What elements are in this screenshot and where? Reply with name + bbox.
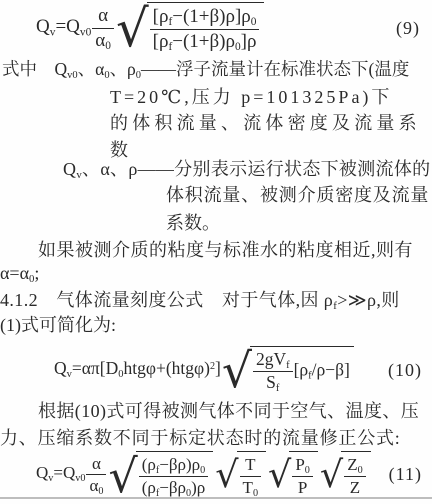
equation-11-row: Qv=Qv0αα0√(ρf−βρ)ρ0(ρf−βρ0)ρ√TT0√P0P√Z0Z… (0, 451, 432, 498)
equation-10: Qv=απ[D0htgφ+(htgφ)2]√2gVfSf[ρf/ρ−β] (54, 346, 355, 394)
correction-paragraph-line1: 根据(10)式可得被测气体不同于空气、温度、压 (38, 400, 419, 423)
where-clause-term2-line2: 体积流量、被测介质密度及流量 (166, 184, 429, 207)
where-clause-term1-line1: 式中 Qv0、α0、ρ0——浮子流量计在标准状态下(温度 (2, 59, 409, 81)
equation-10-number: (10) (388, 360, 422, 381)
document-page: Qv=Qv0αα0√[ρf−(1+β)ρ]ρ0[ρf−(1+β)ρ0]ρ (9)… (0, 0, 432, 504)
equation-11: Qv=Qv0αα0√(ρf−βρ)ρ0(ρf−βρ0)ρ√TT0√P0P√Z0Z (36, 451, 372, 498)
section-4-1-2-heading-line: 4.1.2 气体流量刻度公式 对于气体,因 ρf>≫ρ,则 (0, 289, 400, 312)
where-clause-term2-line1: Qv、α、ρ——分别表示运行状态下被测流体的 (63, 158, 430, 181)
where-clause-term2-line3: 系数。 (166, 212, 220, 235)
where-clause-term1-line3: 的体积流量、流体密度及流量系 (110, 112, 421, 135)
equation-10-row: Qv=απ[D0htgφ+(htgφ)2]√2gVfSf[ρf/ρ−β] (10… (0, 341, 432, 399)
simplify-intro-line: (1)式可简化为: (0, 314, 116, 337)
where-clause-term1-line2: T=20℃,压力 p=101325Pa)下 (110, 86, 392, 109)
equation-9-row: Qv=Qv0αα0√[ρf−(1+β)ρ]ρ0[ρf−(1+β)ρ0]ρ (9) (0, 4, 432, 52)
equation-9-number: (9) (396, 18, 420, 39)
correction-paragraph-line2: 力、压缩系数不同于标定状态时的流量修正公式: (0, 427, 401, 450)
viscosity-paragraph-line1: 如果被测介质的粘度与标准水的粘度相近,则有 (38, 239, 413, 262)
page-footer-rule (0, 497, 432, 499)
viscosity-paragraph-line2: α=α0; (0, 262, 39, 285)
equation-9: Qv=Qv0αα0√[ρf−(1+β)ρ]ρ0[ρf−(1+β)ρ0]ρ (36, 2, 265, 54)
equation-11-number: (11) (389, 464, 422, 485)
